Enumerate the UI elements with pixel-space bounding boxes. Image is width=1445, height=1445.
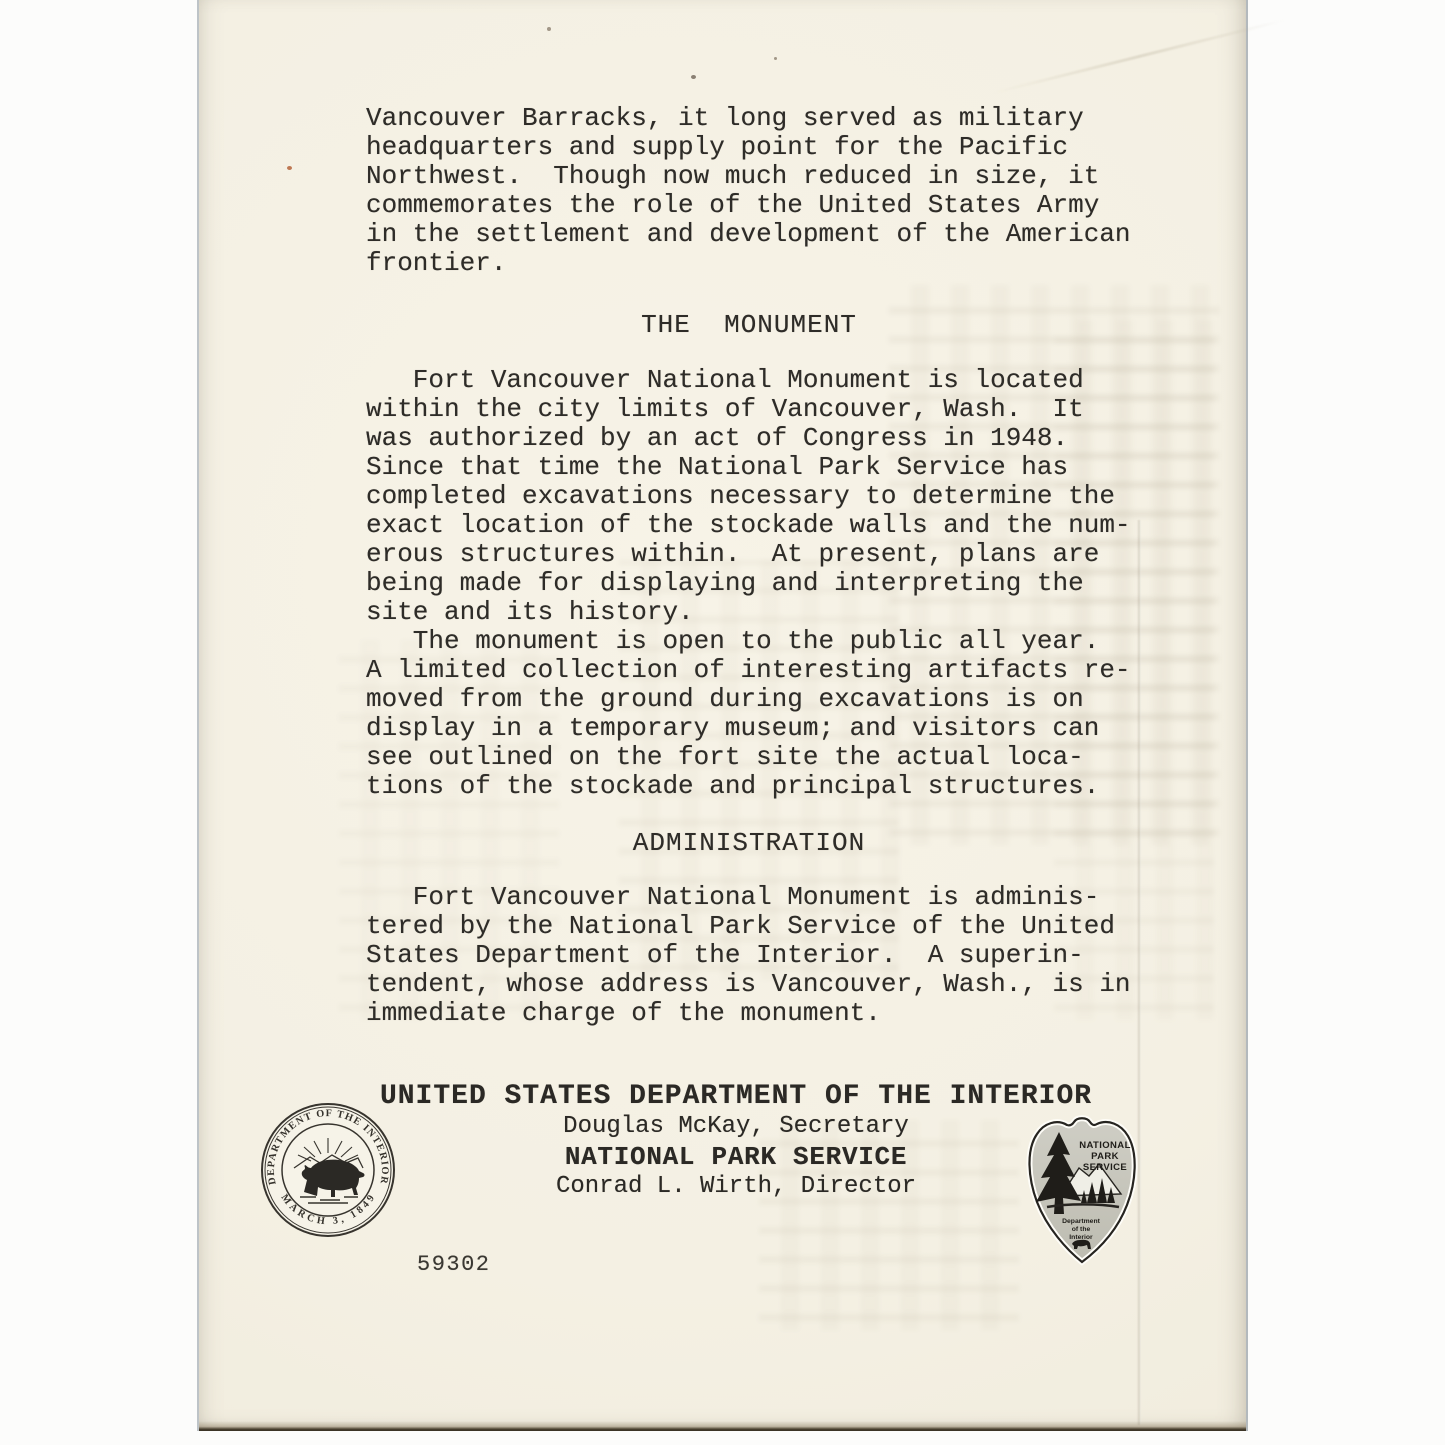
doi-seal-icon: DEPARTMENT OF THE INTERIOR MARCH 3, 1849 <box>258 1100 398 1240</box>
nps-logo-line3: SERVICE <box>1083 1162 1127 1173</box>
publication-credits: UNITED STATES DEPARTMENT OF THE INTERIOR… <box>366 1082 1106 1202</box>
nps-logo-sub1: Department <box>1062 1218 1101 1225</box>
monument-paragraph-1: Fort Vancouver National Monument is loca… <box>366 366 1132 627</box>
footer-department-line: UNITED STATES DEPARTMENT OF THE INTERIOR <box>366 1082 1106 1112</box>
paper-speck <box>287 166 292 170</box>
section-heading-monument: THE MONUMENT <box>366 311 1132 340</box>
monument-paragraph-2: The monument is open to the public all y… <box>366 627 1132 801</box>
nps-logo-line2: PARK <box>1091 1151 1119 1162</box>
nps-logo-sub2: of the <box>1072 1226 1091 1233</box>
footer-secretary-line: Douglas McKay, Secretary <box>366 1112 1106 1142</box>
paper-crease <box>1137 520 1141 1425</box>
footer-director-line: Conrad L. Wirth, Director <box>366 1172 1106 1202</box>
print-number: 59302 <box>417 1252 491 1277</box>
administration-paragraph: Fort Vancouver National Monument is admi… <box>366 883 1132 1028</box>
paper-sheet: Vancouver Barracks, it long served as mi… <box>197 0 1248 1431</box>
nps-logo-line1: NATIONAL <box>1079 1140 1131 1151</box>
nps-arrowhead-logo: NATIONAL PARK SERVICE Department of the … <box>1017 1110 1147 1270</box>
section-heading-administration: ADMINISTRATION <box>366 829 1132 858</box>
intro-paragraph: Vancouver Barracks, it long served as mi… <box>366 104 1132 278</box>
footer-service-line: NATIONAL PARK SERVICE <box>366 1142 1106 1172</box>
page-text-column: Vancouver Barracks, it long served as mi… <box>366 0 1132 1202</box>
